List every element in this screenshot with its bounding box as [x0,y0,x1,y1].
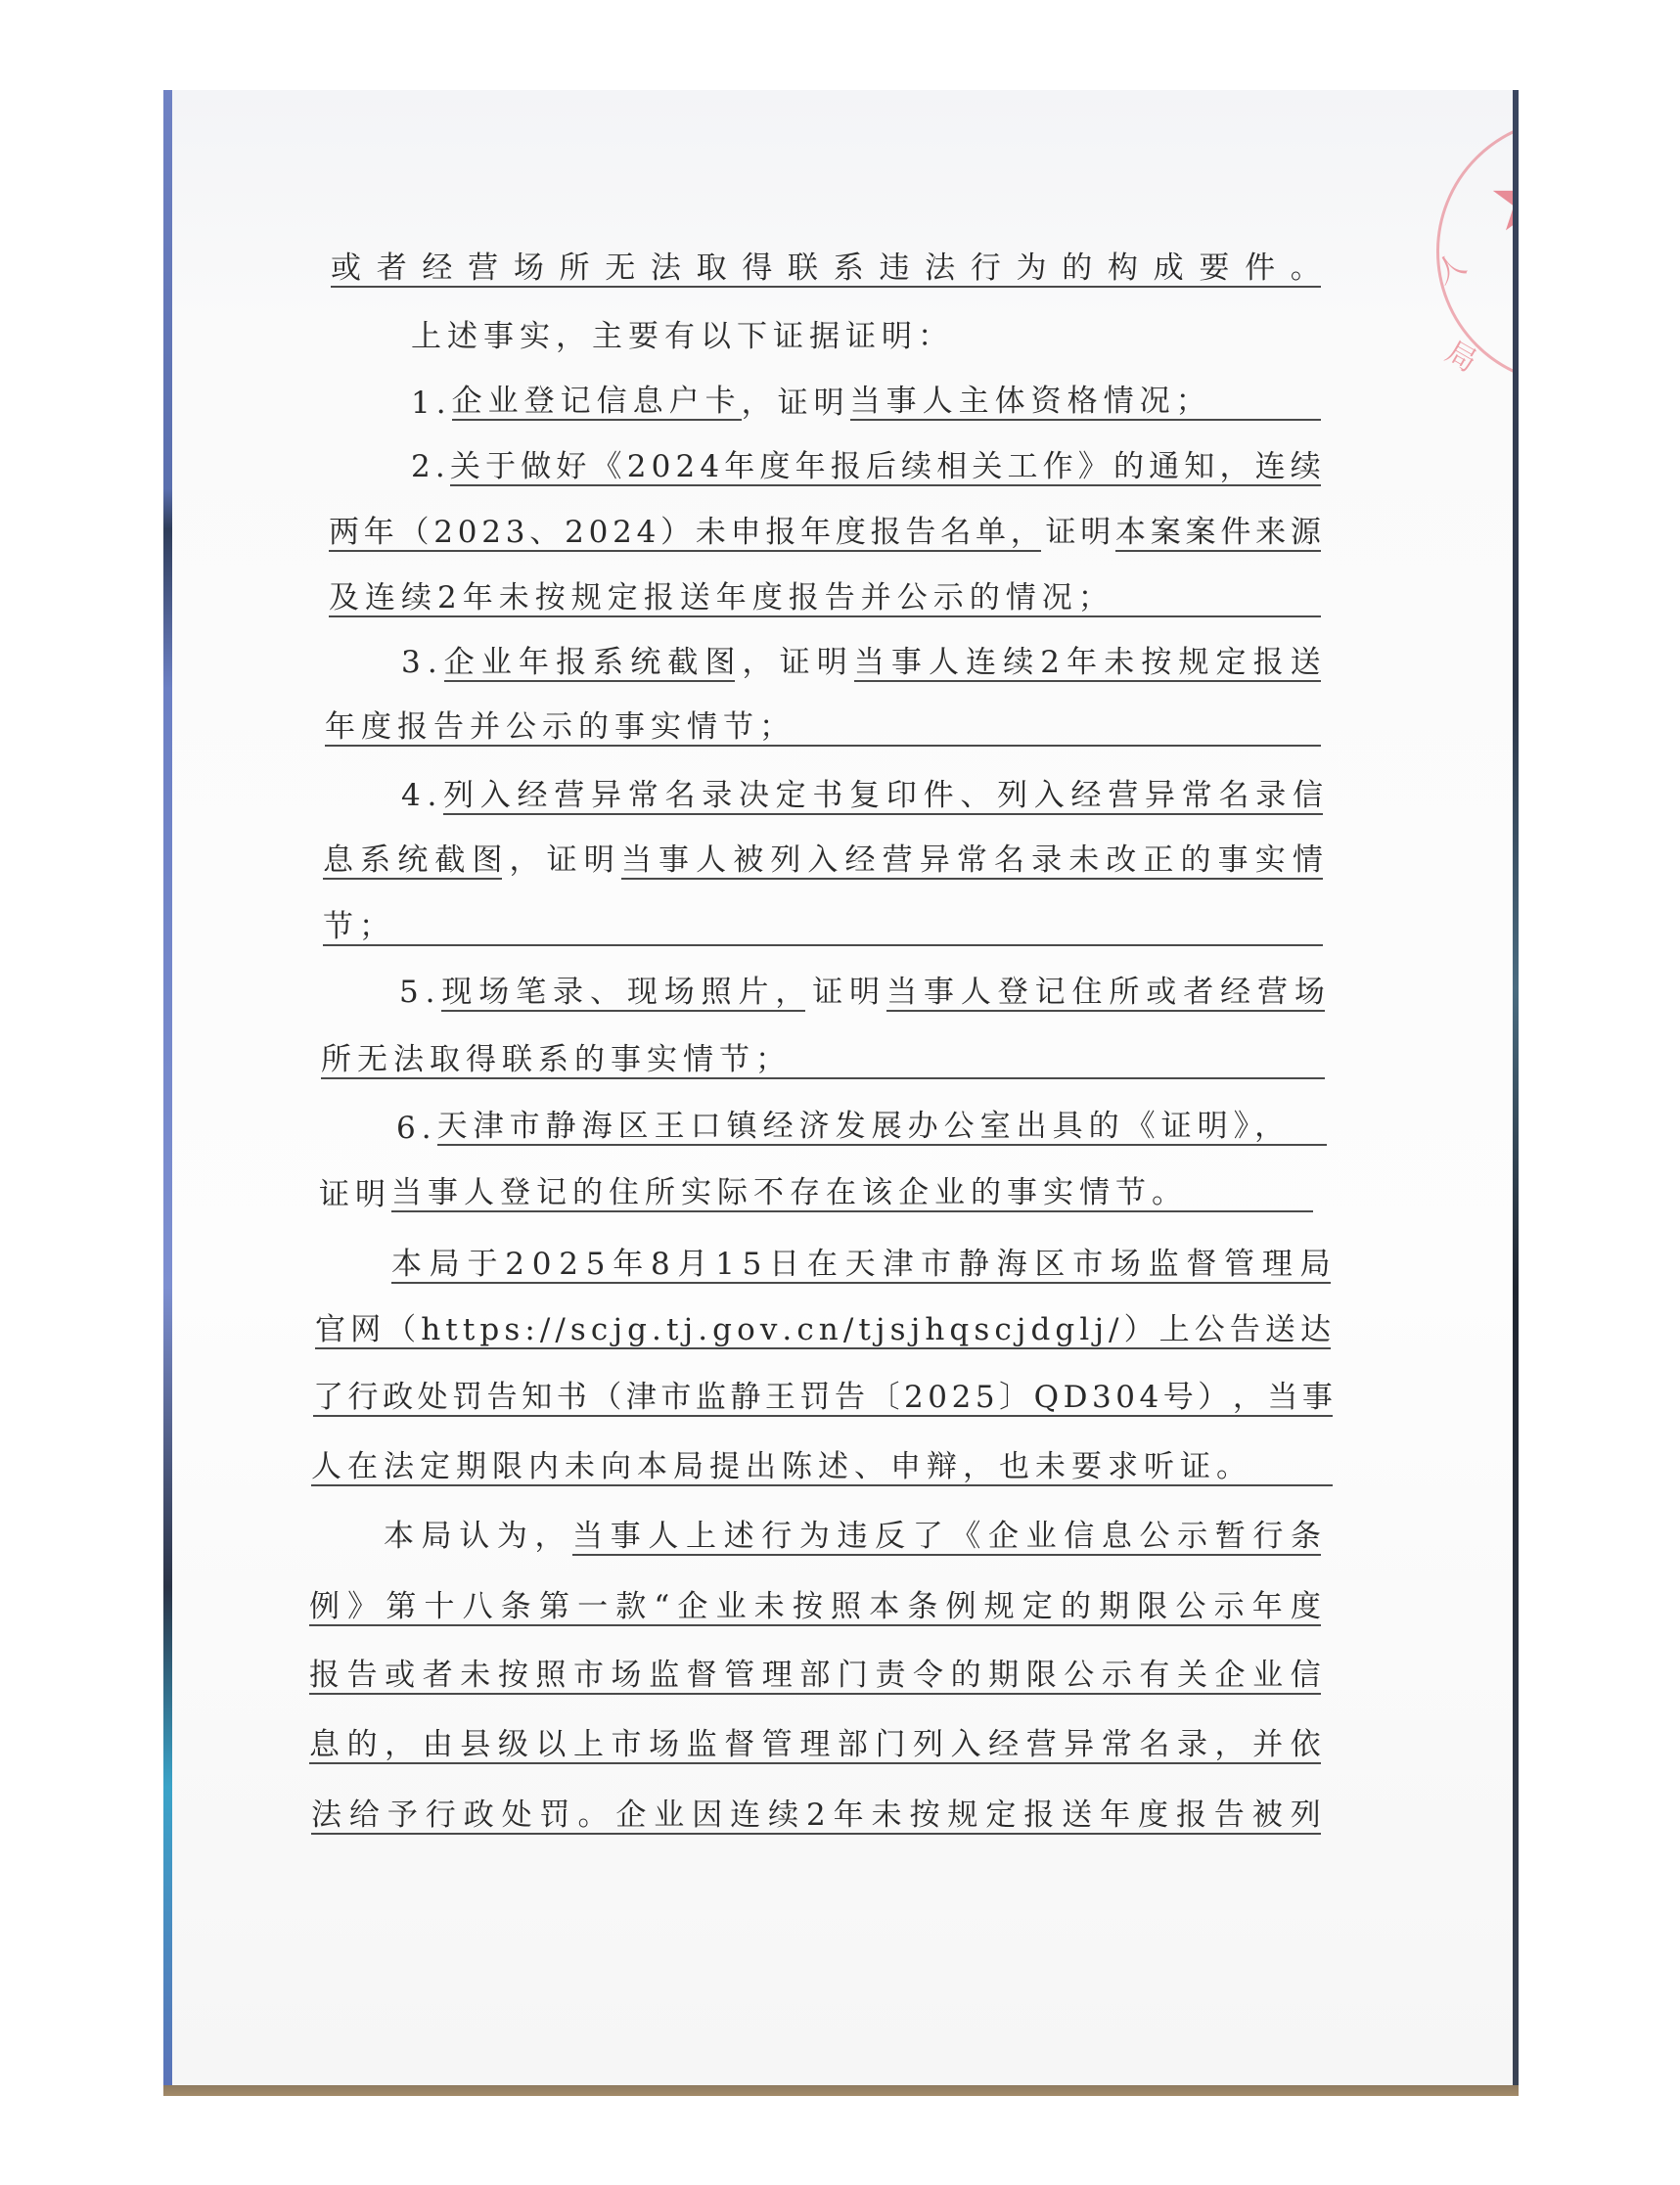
underlined-text: 异 [920,842,957,880]
text-line: 证明当事人登记的住所实际不存在该企业的事实情节。 [319,1177,1313,1212]
underlined-text: 报 [1253,645,1291,682]
underlined-text: 息 [1102,1519,1140,1556]
underlined-text: 管 [1224,1247,1262,1284]
underlined-text: 督 [1186,1247,1224,1284]
underlined-text: 告 [487,1380,522,1417]
text-line: 或者经营场所无法取得联系违法行为的构成要件。 [331,252,1321,288]
underlined-text: 系 [360,842,397,880]
underlined-text: 场 [612,1658,650,1695]
underlined-text: 责 [875,1658,913,1695]
underlined-text: 述 [724,1519,762,1556]
underlined-text: 了 [313,1380,348,1417]
underlined-text: 复 [849,778,886,815]
underlined-text: 人 [961,975,998,1012]
text: 2 [411,449,431,486]
underlined-text: 年 [519,645,556,682]
underlined-text: 事 [611,1519,649,1556]
text: ， [535,1519,566,1556]
underlined-text: / [555,1312,570,1349]
underlined-text: 无 [605,250,651,288]
text-line: 报告或者未按照市场监督管理部门责令的期限公示有关企业信 [309,1660,1321,1695]
underlined-text: 限 [1026,1658,1065,1695]
underlined-text: 名 [940,515,976,552]
underlined-text: 期 [1099,1589,1137,1626]
underlined-text: 0 [589,515,613,552]
text-line: 人在法定期限内未向本局提出陈述、申辩，也未要求听证。 [311,1451,1333,1486]
underlined-text: 营 [554,778,591,815]
underlined-text: 报 [871,515,906,552]
text-line: 1. 企业登记信息户卡，证明当事人主体资格情况； [411,386,1321,421]
underlined-text: 正 [1143,842,1180,880]
underlined-text: 例 [946,1589,984,1626]
underlined-text: 年度报告并公示的事实情节； [325,709,795,747]
underlined-text: h [421,1312,445,1349]
underlined-text: 截 [667,645,704,682]
underlined-text: 期 [988,1658,1026,1695]
underlined-text: 录 [1031,842,1068,880]
underlined-text: c [591,1312,613,1349]
underlined-text: 一 [577,1589,615,1626]
underlined-text: 相 [936,449,972,486]
underlined-text: 上 [686,1519,724,1556]
underlined-text: 年 [834,1798,872,1835]
underlined-text: 市 [612,1727,650,1764]
underlined-text: ， [1219,449,1254,486]
underlined-text: 定 [776,778,813,815]
underlined-text: 事 [891,645,929,682]
underlined-text: 人 [696,842,733,880]
underlined-text: 图 [472,842,502,880]
underlined-text: 当 [886,975,924,1012]
underlined-text: 照 [831,1589,869,1626]
underlined-text: 入 [480,778,518,815]
underlined-text: 报 [309,1658,347,1695]
underlined-text: 0 [532,1247,559,1284]
underlined-text: 工 [1008,449,1043,486]
underlined-text: d [1030,1312,1055,1349]
text-line: 3.企业年报系统截图，证明当事人连续2年未按规定报送 [401,647,1321,682]
underlined-text: 业 [654,1798,692,1835]
underlined-text: 得 [742,250,788,288]
underlined-text: . [698,1312,712,1349]
underlined-text: 定 [985,1798,1023,1835]
text: 明 [849,975,880,1012]
underlined-text: 事 [658,842,696,880]
underlined-text: 市 [573,1658,612,1695]
underlined-text: 十 [424,1589,462,1626]
text-line: 上述事实，主要有以下证据证明： [411,319,1321,354]
underlined-text: 、 [529,515,565,552]
underlined-text: 年 [724,449,759,486]
underlined-text: 八 [463,1589,501,1626]
underlined-text: 年 [795,449,831,486]
underlined-text: 的 [1062,250,1108,288]
underlined-text: 2 [904,1380,928,1417]
underlined-text: （ [591,1380,626,1417]
underlined-text: 续 [1291,449,1321,486]
underlined-text: 入 [807,842,844,880]
text: . [427,778,436,815]
underlined-text: 录 [1177,1727,1215,1764]
underlined-text: 以 [535,1727,573,1764]
blank-underline [1252,1449,1333,1486]
underlined-text: 当 [1267,1380,1302,1417]
underlined-text: h [925,1312,949,1349]
underlined-text: g [1055,1312,1079,1349]
underlined-text: 规 [947,1798,985,1835]
underlined-text: 送 [1062,1798,1100,1835]
underlined-text: 未 [754,1589,793,1626]
underlined-text: 书 [557,1380,592,1417]
underlined-text: 列 [1291,1798,1321,1835]
underlined-text: 截 [434,842,472,880]
underlined-text: 要 [1199,250,1245,288]
underlined-text: 有 [1139,1658,1177,1695]
underlined-text: ） [660,515,696,552]
underlined-text: o [737,1312,760,1349]
underlined-text: 津 [626,1380,661,1417]
underlined-text: 度 [1291,1589,1321,1626]
underlined-text: 异 [1064,1727,1102,1764]
underlined-text: 连 [1255,449,1291,486]
underlined-text: j [1094,1312,1109,1349]
underlined-text: 规 [984,1589,1022,1626]
underlined-text: 取 [697,250,743,288]
official-seal: ★ 人 局 [1409,98,1514,401]
underlined-text: s [570,1312,591,1349]
underlined-text: 天 [845,1247,884,1284]
underlined-text: 未 [460,1658,498,1695]
underlined-text: 实 [1255,842,1293,880]
underlined-text: 业 [1252,1658,1291,1695]
underlined-text: 企业登记信息户卡 [452,384,742,421]
underlined-text: 统 [397,842,434,880]
underlined-text: 列 [443,778,480,815]
underlined-text: 续 [901,449,936,486]
underlined-text: 市 [1072,1247,1111,1284]
underlined-text: 系 [834,250,880,288]
underlined-text: 源 [1291,515,1321,552]
text: 上述事实，主要有以下证据证明： [411,319,954,354]
underlined-text: 官 [315,1312,350,1349]
underlined-text: 未 [696,515,731,552]
underlined-text: 异 [591,778,628,815]
underlined-text: 名 [664,778,702,815]
underlined-text: 名 [1218,778,1255,815]
underlined-text: 报 [831,449,866,486]
underlined-text: 天津市静海区王口镇经济发展办公室出具的《证明》， [437,1109,1292,1146]
underlined-text: 信 [1291,1658,1321,1695]
underlined-text: 依 [1291,1727,1321,1764]
underlined-text: 罚 [799,1380,835,1417]
underlined-text: 照 [702,975,739,1012]
text-line: 4.列入经营异常名录决定书复印件、列入经营异常名录信 [401,780,1323,815]
underlined-text: ） [1124,1312,1159,1349]
underlined-text: 处 [418,1380,453,1417]
underlined-text: 告 [905,515,940,552]
underlined-text: 营 [883,842,920,880]
underlined-text: 静 [730,1380,765,1417]
underlined-text: 《 [592,449,627,486]
text-line: 例》第十八条第一款“企业未按照本条例规定的期限公示年度 [309,1591,1321,1626]
underlined-text: 场 [478,975,516,1012]
underlined-text: 限 [1137,1589,1175,1626]
underlined-text: 人 [648,1519,686,1556]
text-line: 息系统截图，证明当事人被列入经营异常名录未改正的事实情 [323,844,1323,880]
underlined-text: 违 [879,250,925,288]
text: 明 [1080,515,1111,552]
underlined-text: 政 [383,1380,418,1417]
underlined-text: . [652,1312,666,1349]
underlined-text: j [911,1312,926,1349]
underlined-text: 知 [522,1380,557,1417]
underlined-text: 及连续2年未按规定报送年度报告并公示的情况； [329,580,1114,617]
underlined-text: 当 [572,1519,611,1556]
underlined-text: / [843,1312,859,1349]
underlined-text: 经 [988,1727,1026,1764]
underlined-text: 图 [704,645,735,682]
underlined-text: 名 [994,842,1031,880]
underlined-text: 县 [460,1727,498,1764]
underlined-text: 由 [423,1727,461,1764]
underlined-text: 或 [331,250,377,288]
underlined-text: 事 [1302,1380,1333,1417]
underlined-text: 业 [481,645,519,682]
underlined-text: 违 [838,1519,876,1556]
underlined-text: 监 [696,1380,731,1417]
underlined-text: 现 [627,975,664,1012]
underlined-text: 作 [1043,449,1078,486]
underlined-text: 级 [498,1727,536,1764]
underlined-text: 告 [347,1658,386,1695]
underlined-text: 市 [921,1247,959,1284]
underlined-text: 场 [514,250,560,288]
underlined-text: 录 [553,975,590,1012]
paper-right-edge [1513,90,1519,2086]
underlined-text: 营 [468,250,514,288]
underlined-text: 0 [928,1380,951,1417]
underlined-text: 行 [348,1380,384,1417]
underlined-text: 上 [573,1727,612,1764]
underlined-text: 案 [1151,515,1186,552]
underlined-text: 于 [485,449,521,486]
seal-star-icon: ★ [1487,157,1514,245]
underlined-text: 企 [444,645,481,682]
underlined-text: 统 [630,645,667,682]
underlined-text: 印 [886,778,924,815]
text-line: 本局于2025年8月15日在天津市静海区市场监督管理局 [391,1249,1331,1284]
underlined-text: 未 [1068,842,1106,880]
underlined-text: 关 [1177,1658,1215,1695]
underlined-text: 未 [1104,645,1141,682]
underlined-text: 息 [323,842,360,880]
underlined-text: g [712,1312,737,1349]
underlined-text: 法 [311,1798,349,1835]
underlined-text: / [1109,1312,1124,1349]
underlined-text: 案 [1186,515,1221,552]
underlined-text: s [890,1312,911,1349]
underlined-text: 经 [1220,975,1257,1012]
underlined-text: 常 [1102,1727,1140,1764]
underlined-text: 反 [875,1519,913,1556]
underlined-text: 报 [556,645,593,682]
underlined-text: 关 [972,449,1007,486]
underlined-text: 4 [1140,1380,1163,1417]
underlined-text: 年 [1100,1798,1138,1835]
underlined-text: 入 [951,1727,989,1764]
underlined-text: 部 [799,1658,838,1695]
underlined-text: 续 [1003,645,1040,682]
underlined-text: 未 [872,1798,910,1835]
underlined-text: 例 [309,1589,347,1626]
underlined-text: 笔 [516,975,553,1012]
text-line: 所无法取得联系的事实情节； [321,1044,1325,1079]
underlined-text: ， [1011,515,1041,552]
paper-bottom-edge [163,2085,1519,2096]
underlined-text: 住 [1072,975,1110,1012]
underlined-text: 场 [664,975,702,1012]
underlined-text: 处 [502,1798,540,1835]
underlined-text: 2 [433,515,458,552]
underlined-text: 记 [1035,975,1072,1012]
underlined-text: 监 [649,1658,687,1695]
underlined-text: / [540,1312,556,1349]
underlined-text: 入 [1034,778,1071,815]
underlined-text: 0 [1115,1380,1139,1417]
underlined-text: . [782,1312,796,1349]
text: 明 [817,645,847,682]
underlined-text: 者 [423,1658,461,1695]
underlined-text: 行 [1252,1519,1291,1556]
underlined-text: : [524,1312,540,1349]
text: 证 [812,975,842,1012]
text: 认 [459,1519,489,1556]
underlined-text: 本 [1115,515,1151,552]
underlined-text: 报 [1023,1798,1062,1835]
text: 本 [384,1519,414,1556]
text: 6. [396,1111,437,1146]
underlined-text: 所 [1109,975,1146,1012]
underlined-text: n [819,1312,843,1349]
underlined-text: 年 [613,1247,651,1284]
underlined-text: 上 [1159,1312,1195,1349]
underlined-text: 当事人主体资格情况； [850,384,1212,421]
underlined-text: 4 [637,515,661,552]
underlined-text: 当事人登记的住所实际不存在该企业的事实情节。 [391,1175,1188,1212]
underlined-text: 督 [687,1658,725,1695]
underlined-text: 5 [976,1380,999,1417]
underlined-text: 管 [762,1727,800,1764]
underlined-text: 条 [501,1589,539,1626]
text-line: 两年（2023、2024）未申报年度报告名单，证明本案案件来源 [329,517,1321,552]
underlined-text: 异 [1145,778,1182,815]
underlined-text: 被 [1252,1798,1291,1835]
underlined-text: ， [775,975,805,1012]
underlined-text: 2 [806,1798,834,1835]
underlined-text: 人在法定期限内未向本局提出陈述、申辩，也未要求听证。 [311,1449,1252,1486]
underlined-text: 为 [799,1519,838,1556]
underlined-text: 规 [1178,645,1215,682]
underlined-text: 理 [1262,1247,1300,1284]
underlined-text: 信 [1293,778,1323,815]
underlined-text: 两 [329,515,364,552]
underlined-text: 业 [1026,1519,1065,1556]
underlined-text: 0 [458,515,482,552]
underlined-text: “ [654,1589,677,1626]
underlined-text: 按 [793,1589,831,1626]
underlined-text: 定 [1215,645,1252,682]
underlined-text: 月 [677,1247,715,1284]
underlined-text: 送 [1291,645,1321,682]
underlined-text: 令 [913,1658,951,1695]
underlined-text: 列 [770,842,807,880]
underlined-text: 连 [966,645,1003,682]
underlined-text: 定 [1022,1589,1061,1626]
underlined-text: 2 [613,515,637,552]
underlined-text: c [994,1312,1016,1349]
underlined-text: 做 [521,449,556,486]
underlined-text: 公 [1064,1658,1102,1695]
underlined-text: c [796,1312,818,1349]
underlined-text: 情 [1293,842,1323,880]
underlined-text: 2 [1040,645,1067,682]
underlined-text: 本 [391,1247,430,1284]
underlined-text: 号 [1163,1380,1199,1417]
underlined-text: 》 [1078,449,1113,486]
underlined-text: 行 [761,1519,799,1556]
underlined-text: 来 [1255,515,1291,552]
underlined-text: 当 [621,842,658,880]
underlined-text: 《 [950,1519,988,1556]
text: 证 [547,842,577,880]
underlined-text: 本 [869,1589,907,1626]
text: ， [743,645,773,682]
blank-underline [1114,580,1321,617]
underlined-text: 者 [1183,975,1220,1012]
underlined-text: ） [1198,1380,1233,1417]
underlined-text: 8 [651,1247,677,1284]
underlined-text: 或 [385,1658,423,1695]
underlined-text: 好 [556,449,591,486]
underlined-text: 通 [1149,449,1184,486]
underlined-text: 公 [1195,1312,1230,1349]
underlined-text: 于 [468,1247,506,1284]
underlined-text: 者 [377,250,423,288]
text: 4 [401,778,421,815]
underlined-text: 罚 [452,1380,487,1417]
underlined-text: 营 [1257,975,1294,1012]
underlined-text: 年 [364,515,399,552]
underlined-text: 5 [586,1247,613,1284]
blank-underline [1188,1175,1313,1212]
underlined-text: 区 [1034,1247,1072,1284]
underlined-text: 局 [430,1247,468,1284]
underlined-text: 后 [866,449,901,486]
underlined-text: 单 [976,515,1011,552]
underlined-text: 、 [590,975,627,1012]
underlined-text: 2 [952,1380,976,1417]
underlined-text: 现 [441,975,478,1012]
underlined-text: 经 [518,778,555,815]
underlined-text: 1 [715,1247,742,1284]
underlined-text: j [1017,1312,1031,1349]
underlined-text: 当 [854,645,891,682]
underlined-text: 系 [593,645,630,682]
underlined-text: 的 [951,1658,989,1695]
text: . [428,645,437,682]
underlined-text: 条 [1291,1519,1321,1556]
underlined-text: 理 [762,1658,800,1695]
